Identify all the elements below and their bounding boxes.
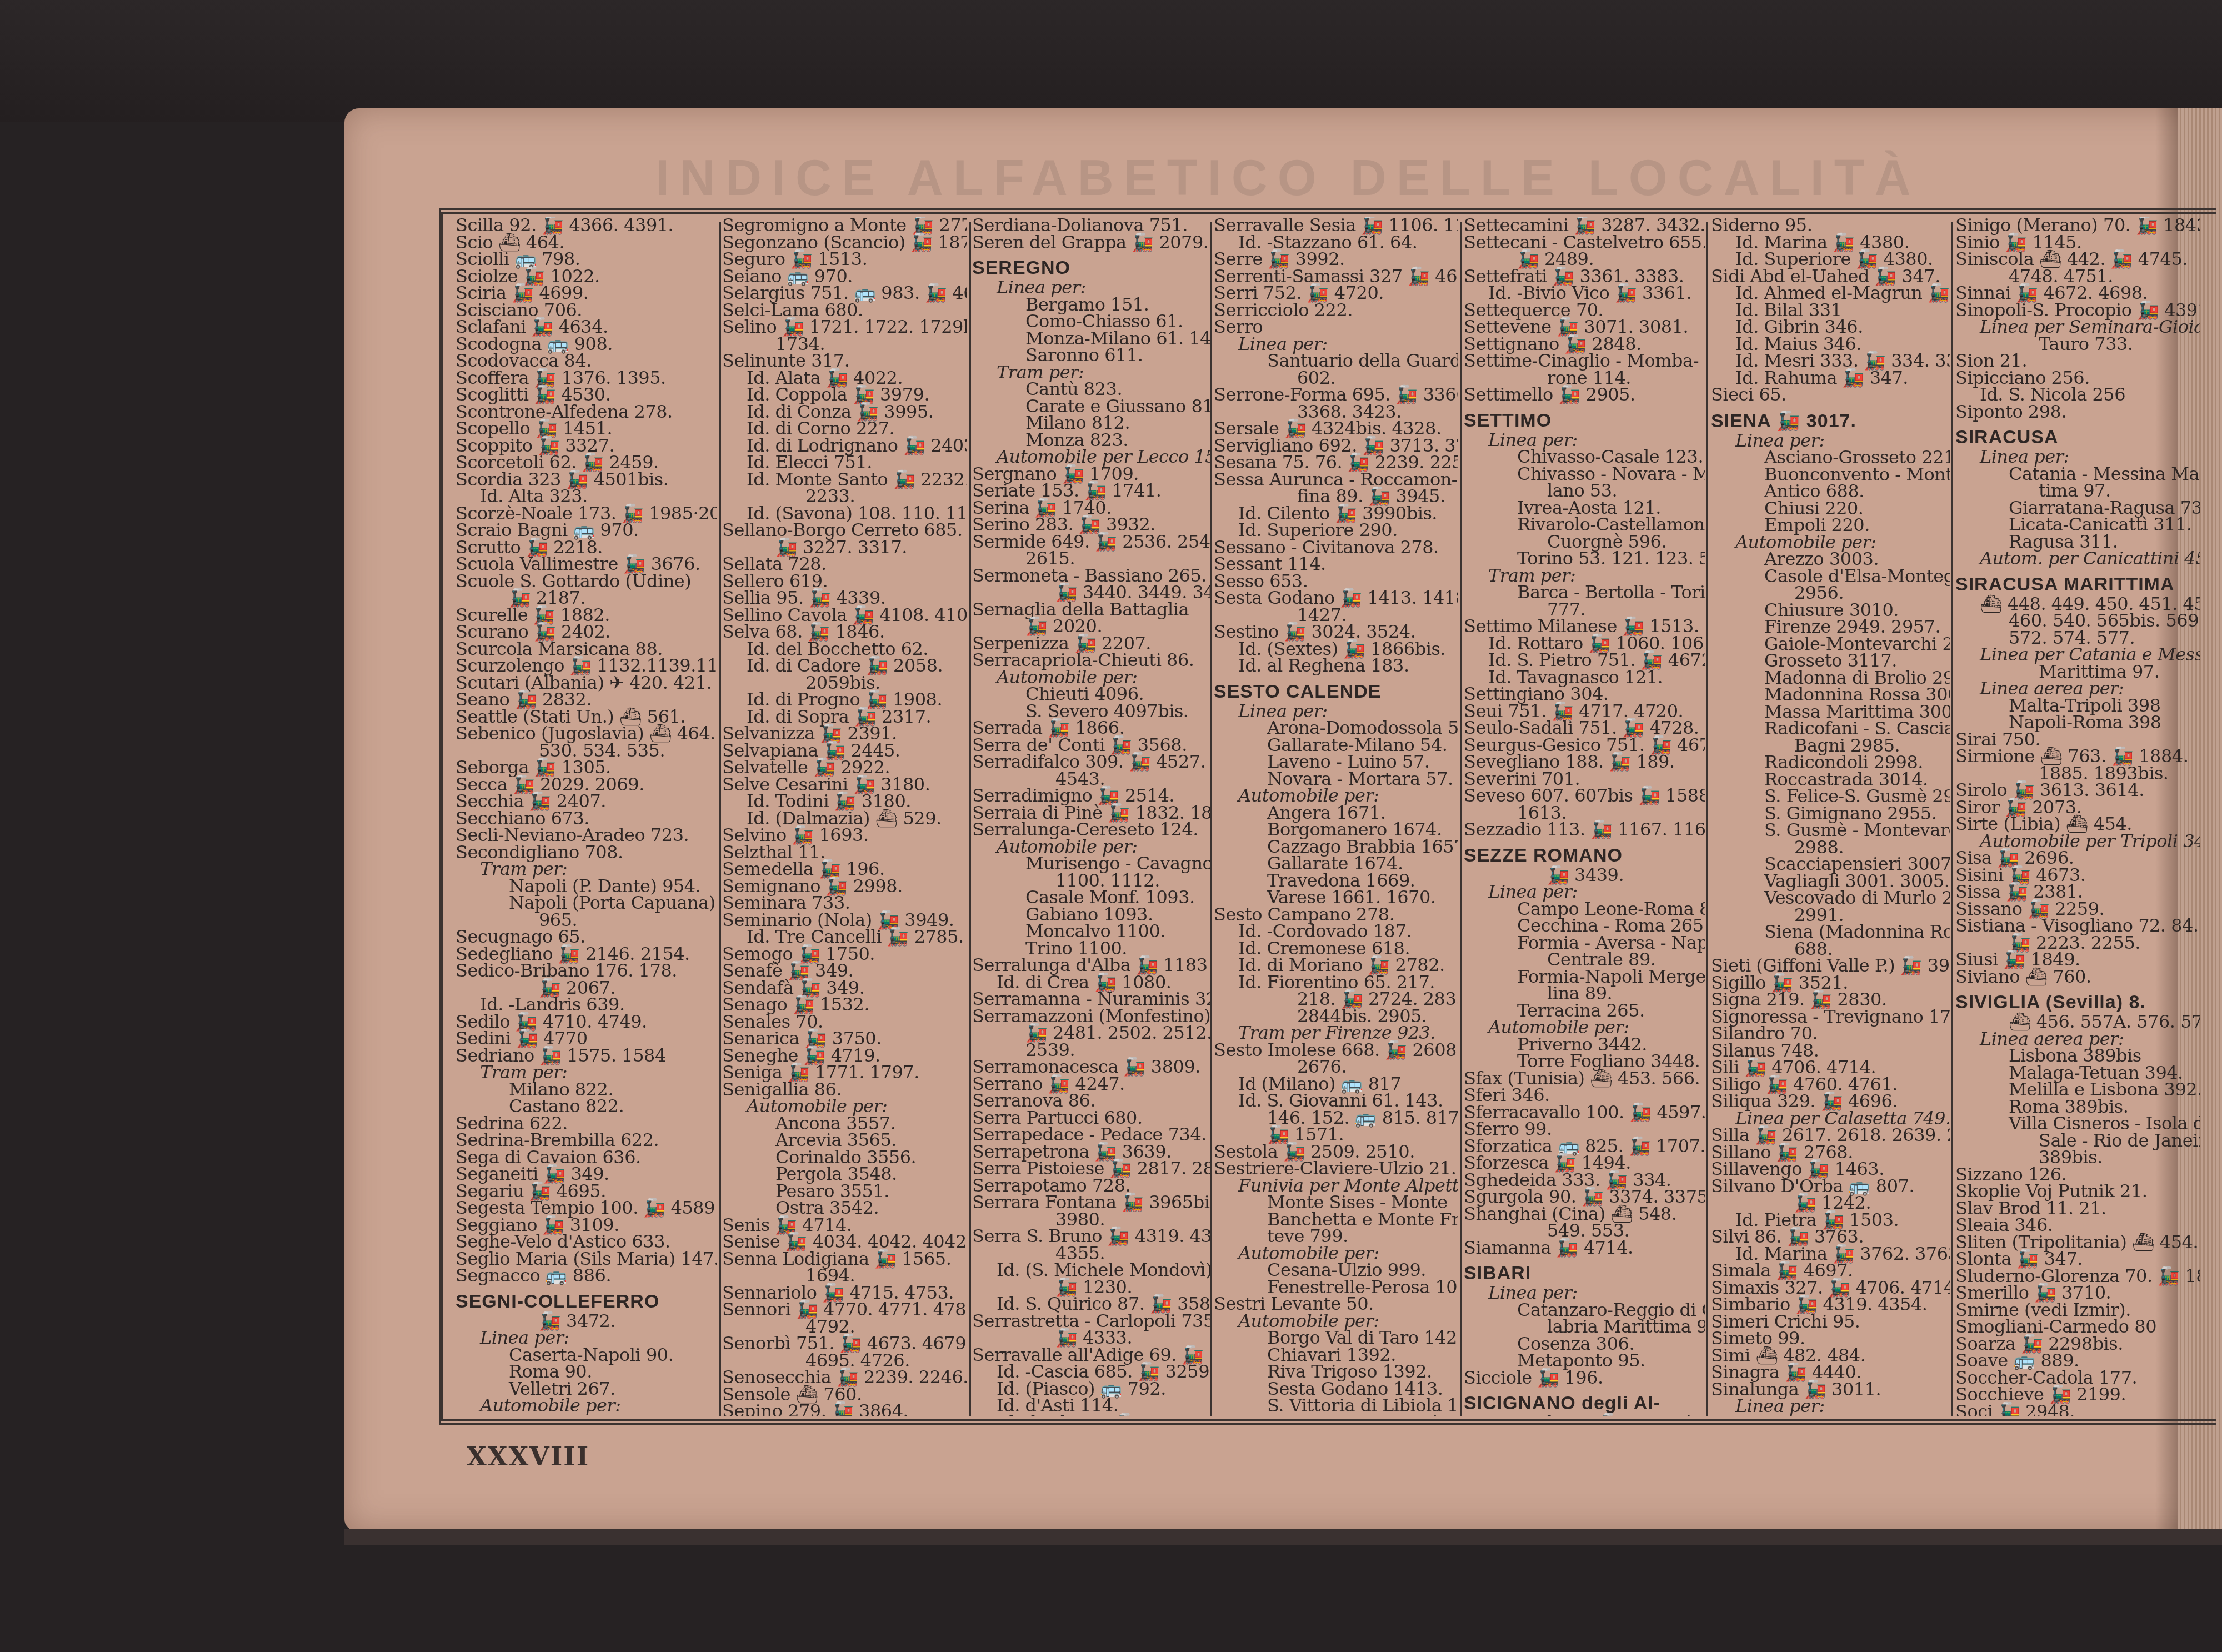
index-entry: Secchia 🚂 2407. bbox=[456, 793, 717, 810]
column-divider bbox=[969, 222, 971, 1416]
index-entry: 2676. bbox=[1214, 1058, 1458, 1075]
index-entry: Lisbona 389bis bbox=[1955, 1047, 2200, 1064]
index-entry: Asciano-Grosseto 221. bbox=[1711, 449, 1950, 466]
index-entry: Sicciole 🚂 196. bbox=[1464, 1369, 1705, 1386]
index-entry: Seghe-Velo d'Astico 633. bbox=[456, 1233, 717, 1250]
index-entry: Sili 🚂 4706. 4714. bbox=[1711, 1059, 1950, 1076]
index-entry: Sedrina-Brembilla 622. bbox=[456, 1132, 717, 1149]
index-entry: Sforzesca 🚂 1494. bbox=[1464, 1154, 1705, 1172]
index-entry: Siderno 95. bbox=[1711, 217, 1950, 234]
index-entry: Serra Pistoiese 🚂 2817. 2822. bbox=[972, 1160, 1211, 1177]
index-entry: Napoli-Roma 398 bbox=[1955, 714, 2200, 731]
index-entry: Seborga 🚂 1305. bbox=[456, 759, 717, 776]
index-entry: Simala 🚂 4697. bbox=[1711, 1262, 1950, 1279]
column-divider bbox=[1706, 222, 1708, 1416]
index-entry: Villa Cisneros - Isola del bbox=[1955, 1115, 2200, 1132]
index-entry: Sleaia 346. bbox=[1955, 1217, 2200, 1234]
index-column-3: Serdiana-Dolianova 751.Seren del Grappa … bbox=[972, 217, 1211, 1416]
index-entry: Serrone-Forma 695. 🚂 3366. bbox=[1214, 386, 1458, 403]
index-entry: Empoli 220. bbox=[1711, 517, 1950, 534]
index-entry: Soave 🚌 889. bbox=[1955, 1352, 2200, 1369]
index-entry: Linea per: bbox=[1955, 448, 2200, 465]
index-entry: 🚂 1242. bbox=[1711, 1194, 1950, 1212]
index-entry: Silandro 70. bbox=[1711, 1025, 1950, 1042]
index-entry: Id. Mesri 333. 🚂 334. 338. bbox=[1711, 352, 1950, 369]
index-entry: Id. d'Asti 114. bbox=[972, 1397, 1211, 1414]
index-entry: ⛴ 456. 557A. 576. 577. bbox=[1955, 1013, 2200, 1030]
index-entry: Sesta Godano 🚂 1413. 1418. bbox=[1214, 589, 1458, 607]
index-entry: Serro bbox=[1214, 318, 1458, 336]
index-entry: Id. di Progno 🚂 1908. bbox=[722, 691, 967, 708]
index-entry: 🚂 2020. bbox=[972, 618, 1211, 635]
index-entry: 🚂 2489. bbox=[1464, 251, 1705, 268]
index-entry: Linea per: bbox=[1464, 883, 1705, 900]
index-entry: Sciria 🚂 4699. bbox=[456, 284, 717, 302]
index-entry: Simeto 99. bbox=[1711, 1330, 1950, 1347]
index-entry: Linea per: bbox=[1711, 1398, 1950, 1415]
index-entry: Como-Chiasso 61. bbox=[972, 313, 1211, 330]
index-entry: Siniscola ⛴ 442. 🚂 4745. bbox=[1955, 251, 2200, 268]
index-entry: Sissa 🚂 2381. bbox=[1955, 883, 2200, 900]
index-entry: Seveso 607. 607bis 🚂 1588bis. bbox=[1464, 787, 1705, 804]
index-entry: Id. -Landris 639. bbox=[456, 996, 717, 1013]
index-entry: Siena (Madonnina Rossa) bbox=[1711, 923, 1950, 940]
index-entry: Id. Ahmed el-Magrun 🚂 345 bbox=[1711, 284, 1950, 302]
index-entry: Settime-Cinaglio - Momba- bbox=[1464, 352, 1705, 369]
index-entry: Sclafani 🚂 4634. bbox=[456, 318, 717, 336]
index-entry: Serra S. Bruno 🚂 4319. 4354. bbox=[972, 1228, 1211, 1245]
index-entry: Torino 53. 121. 123. 596. bbox=[1464, 550, 1705, 567]
index-entry: Seminara 733. bbox=[722, 894, 967, 912]
index-entry: Id. Superiore 🚂 4380. bbox=[1711, 251, 1950, 268]
index-entry: Sermide 649. 🚂 2536. 2544. bbox=[972, 533, 1211, 550]
index-entry: Id. S. Pietro 751. 🚂 4672. bbox=[1464, 652, 1705, 669]
index-entry: Sezzadio 113. 🚂 1167. 1167bis bbox=[1464, 821, 1705, 838]
index-entry: Serrada 🚂 1866. bbox=[972, 719, 1211, 737]
index-entry: Automobile per: bbox=[456, 1397, 717, 1414]
index-entry: teve 799. bbox=[1214, 1228, 1458, 1245]
index-entry: 2615. bbox=[972, 550, 1211, 567]
index-entry: labria Marittima 95. bbox=[1464, 1318, 1705, 1335]
index-entry: Settingiano 304. bbox=[1464, 685, 1705, 703]
index-entry: Scuola Vallimestre 🚂 3676. bbox=[456, 555, 717, 573]
index-entry: Scuole S. Gottardo (Udine) bbox=[456, 573, 717, 590]
section-heading: SIRACUSA MARITTIMA bbox=[1955, 574, 2200, 595]
index-entry: Seriate 153. 🚂 1741. bbox=[972, 482, 1211, 499]
index-entry: Id. -Bivio Vico 🚂 3361. bbox=[1464, 284, 1705, 302]
index-entry: Siusi 🚂 1849. bbox=[1955, 951, 2200, 968]
index-entry: S. Gusmè - Montevarchi bbox=[1711, 822, 1950, 839]
index-entry: Scopello 🚂 1451. bbox=[456, 420, 717, 437]
index-entry: Arcevia 3565. bbox=[722, 1132, 967, 1149]
index-entry: Serramanna - Nuraminis 327. bbox=[972, 990, 1211, 1008]
index-entry: Barca - Bertolla - Torino bbox=[1464, 584, 1705, 601]
index-entry: Sedico-Bribano 176. 178. bbox=[456, 962, 717, 979]
index-column-2: Segromigno a Monte 🚂 2779.Segonzano (Sca… bbox=[722, 217, 967, 1416]
index-entry: Scoglitti 🚂 4530. bbox=[456, 386, 717, 403]
index-column-5: Settecamini 🚂 3287. 3432.Settecani - Cas… bbox=[1464, 217, 1705, 1416]
section-heading: SEZZE ROMANO bbox=[1464, 845, 1705, 867]
index-entry: Seren del Grappa 🚂 2079. bbox=[972, 234, 1211, 251]
index-entry: Selvatelle 🚂 2922. bbox=[722, 759, 967, 776]
index-entry: Id. di Corno 227. bbox=[722, 420, 967, 437]
index-entry: Smogliani-Carmedo 80 bbox=[1955, 1318, 2200, 1335]
index-entry: Settimello 🚂 2905. bbox=[1464, 386, 1705, 403]
index-entry: 549. 553. bbox=[1464, 1222, 1705, 1239]
page-number: XXXVIII bbox=[467, 1441, 589, 1471]
index-entry: Sedini 🚂 4770 bbox=[456, 1030, 717, 1047]
index-entry: Pergola 3548. bbox=[722, 1165, 967, 1183]
index-entry: Simbario 🚂 4319. 4354. bbox=[1711, 1296, 1950, 1313]
index-entry: Settecamini 🚂 3287. 3432. bbox=[1464, 217, 1705, 234]
index-entry: 🚂 2481. 2502. 2512. 2520. bbox=[972, 1024, 1211, 1042]
index-entry: Selva 68. 🚂 1846. bbox=[722, 623, 967, 640]
index-entry: Cecchina - Roma 265. bbox=[1464, 917, 1705, 934]
index-entry: Sciolli 🚌 798. bbox=[456, 251, 717, 268]
index-entry: Castano 822. bbox=[456, 1098, 717, 1115]
index-entry: Firenze 2949. 2957. bbox=[1711, 618, 1950, 635]
index-column-7: Sinigo (Merano) 70. 🚂 1843.Sinio 🚂 1145.… bbox=[1955, 217, 2200, 1416]
index-entry: Sistiana - Visogliano 72. 84. bbox=[1955, 917, 2200, 934]
index-entry: Id. Gibrin 346. bbox=[1711, 318, 1950, 336]
index-entry: Scurano 🚂 2402. bbox=[456, 623, 717, 640]
index-entry: Selvanizza 🚂 2391. bbox=[722, 725, 967, 742]
index-entry: Ostra 3542. bbox=[722, 1199, 967, 1217]
index-entry: Id. di Chienti 🚂 3202. bbox=[972, 1414, 1211, 1417]
index-entry: Tram per: bbox=[456, 1064, 717, 1081]
index-entry: Sellano-Borgo Cerreto 685. bbox=[722, 522, 967, 539]
index-entry: Borgomanero 1674. bbox=[1214, 821, 1458, 838]
index-entry: Id. (S. Michele Mondovì) bbox=[972, 1261, 1211, 1279]
section-heading: SIENA 🚂 3017. bbox=[1711, 410, 1950, 432]
index-entry: Smerillo 🚂 3710. bbox=[1955, 1284, 2200, 1301]
index-entry: Vescovado di Murlo 2990 bbox=[1711, 889, 1950, 907]
column-divider bbox=[1951, 222, 1953, 1416]
index-entry: 🚂 3440. 3449. 3477. bbox=[972, 584, 1211, 601]
index-entry: Serramonacesca 🚂 3809. bbox=[972, 1058, 1211, 1075]
index-entry: Automobile per: bbox=[722, 1098, 967, 1115]
index-entry: Id. al Reghena 183. bbox=[1214, 657, 1458, 674]
index-entry: Laveno - Luino 57. bbox=[1214, 753, 1458, 770]
index-entry: Serralunga d'Alba 🚂 1183 bbox=[972, 957, 1211, 974]
index-entry: Sirmione ⛴ 763. 🚂 1884. bbox=[1955, 748, 2200, 765]
index-entry: lano 53. bbox=[1464, 482, 1705, 499]
index-entry: Chieuti 4096. bbox=[972, 685, 1211, 703]
index-entry: Serradimigno 🚂 2514. bbox=[972, 787, 1211, 804]
index-entry: Id. -Cordovado 187. bbox=[1214, 923, 1458, 940]
index-entry: Sinnai 🚂 4672. 4698. bbox=[1955, 284, 2200, 302]
index-entry: Sellia 95. 🚂 4339. bbox=[722, 589, 967, 607]
column-divider bbox=[1210, 222, 1212, 1416]
index-entry: Roma 90. bbox=[456, 1363, 717, 1380]
index-entry: Scorcetoli 62. 🚂 2459. bbox=[456, 454, 717, 471]
index-entry: Id. S. Quirico 87. 🚂 3585. bbox=[972, 1295, 1211, 1313]
section-heading: SIVIGLIA (Sevilla) 8. bbox=[1955, 992, 2200, 1013]
index-entry: tima 97. bbox=[1955, 482, 2200, 499]
index-entry: Borgo Val di Taro 1428. bbox=[1214, 1329, 1458, 1346]
section-heading: SEGNI-COLLEFERRO bbox=[456, 1291, 717, 1313]
section-heading: SICIGNANO degli Al- bbox=[1464, 1393, 1705, 1414]
index-entry: Linea aerea per: bbox=[1955, 680, 2200, 697]
index-entry: Skoplie Voj Putnik 21. bbox=[1955, 1183, 2200, 1200]
column-divider bbox=[1460, 222, 1462, 1416]
index-column-1: Scilla 92. 🚂 4366. 4391.Scio ⛴ 464.Sciol… bbox=[456, 217, 717, 1416]
index-entry: Serre 🚂 3992. bbox=[1214, 251, 1458, 268]
index-entry: Siviano ⛴ 760. bbox=[1955, 968, 2200, 985]
index-entry: Segromigno a Monte 🚂 2779. bbox=[722, 217, 967, 234]
index-entry: Senosecchia 🚂 2239. 2246. bbox=[722, 1369, 967, 1386]
index-entry: Sferi 346. bbox=[1464, 1087, 1705, 1104]
index-entry: Senago 🚂 1532. bbox=[722, 996, 967, 1013]
index-entry: Serracapriola-Chieuti 86. bbox=[972, 652, 1211, 669]
index-entry: 2233. bbox=[722, 488, 967, 505]
index-entry: Settevene 🚂 3071. 3081. bbox=[1464, 318, 1705, 336]
index-entry: Arezzo 3003. bbox=[1711, 550, 1950, 568]
index-entry: Sellata 728. bbox=[722, 555, 967, 573]
index-entry: Scurzolengo 🚂 1132.1139.1159. bbox=[456, 657, 717, 674]
index-entry: Murisengo - Cavagnolo bbox=[972, 855, 1211, 872]
index-entry: Id. S. Giovanni 61. 143. bbox=[1214, 1092, 1458, 1109]
index-entry: Signa 219. 🚂 2830. bbox=[1711, 991, 1950, 1008]
index-entry: Id. di Moriano 🚂 2782. bbox=[1214, 957, 1458, 974]
index-entry: lina 89. bbox=[1464, 985, 1705, 1002]
index-entry: Sevegliano 188. 🚂 189. bbox=[1464, 753, 1705, 770]
index-entry: Gallarate 1674. bbox=[1214, 855, 1458, 872]
index-entry: Radicofani - S. Casciano bbox=[1711, 720, 1950, 737]
index-entry: Secli-Neviano-Aradeo 723. bbox=[456, 827, 717, 844]
index-entry: Senorbì 751. 🚂 4673. 4679. bbox=[722, 1335, 967, 1352]
index-entry: Linea per Catania e Messina bbox=[1955, 646, 2200, 663]
index-entry: Secugnago 65. bbox=[456, 928, 717, 945]
index-entry: Serdiana-Dolianova 751. bbox=[972, 217, 1211, 234]
index-entry: Sillavengo 🚂 1463. bbox=[1711, 1160, 1950, 1178]
index-entry: Siliqua 329. 🚂 4696. bbox=[1711, 1093, 1950, 1110]
index-entry: Cesana-Ulzio 999. bbox=[1214, 1261, 1458, 1279]
index-entry: Siamanna 🚂 4714. bbox=[1464, 1239, 1705, 1256]
index-entry: Radicondoli 2998. bbox=[1711, 754, 1950, 771]
index-entry: Casale Monf. 1093. bbox=[972, 889, 1211, 906]
index-entry: Sesana 75. 76. 🚂 2239. 2257. bbox=[1214, 454, 1458, 471]
index-entry: Moncalvo 1100. bbox=[972, 923, 1211, 940]
index-entry: Sennori 🚂 4770. 4771. 4783 bbox=[722, 1301, 967, 1318]
index-entry: 🚂 4333. bbox=[972, 1329, 1211, 1346]
index-entry: Automobile per: bbox=[1464, 1019, 1705, 1036]
index-entry: Autom. per Canicattini 4535. bbox=[1955, 550, 2200, 567]
index-entry: Segnacco 🚌 886. bbox=[456, 1267, 717, 1284]
index-entry: Scodovacca 84. bbox=[456, 352, 717, 369]
index-entry: Id. Tre Cancelli 🚂 2785. bbox=[722, 928, 967, 945]
index-entry: Monte Sises - Monte bbox=[1214, 1194, 1458, 1211]
index-entry: Madonnina Rossa 3002. bbox=[1711, 686, 1950, 703]
index-entry: Senise 🚂 4034. 4042. 4042bis bbox=[722, 1233, 967, 1250]
index-entry: Id. Alta 323. bbox=[456, 488, 717, 505]
index-entry: Serravalle Sesia 🚂 1106. 1107 bbox=[1214, 217, 1458, 234]
section-heading: SESTO CALENDE bbox=[1214, 681, 1458, 703]
index-entry: Sestino 🚂 3024. 3524. bbox=[1214, 623, 1458, 640]
index-entry: Chivasso-Casale 123. bbox=[1464, 448, 1705, 465]
index-entry: Selargius 751. 🚌 983. 🚂 4672 bbox=[722, 284, 967, 302]
index-entry: Seguro 🚂 1513. bbox=[722, 251, 967, 268]
section-heading: SIBARI bbox=[1464, 1263, 1705, 1284]
index-entry: Silvi 86. 🚂 3763. bbox=[1711, 1228, 1950, 1245]
index-entry: Scilla 92. 🚂 4366. 4391. bbox=[456, 217, 717, 234]
section-heading: SIRACUSA bbox=[1955, 427, 2200, 448]
index-entry: Scacciapensieri 3007. bbox=[1711, 855, 1950, 873]
index-entry: Slonta 🚂 347. bbox=[1955, 1250, 2200, 1268]
index-entry: Serrara Fontana 🚂 3965bis. bbox=[972, 1194, 1211, 1211]
section-heading: SETTIMO bbox=[1464, 410, 1705, 432]
index-entry: Seganeiti 🚂 349. bbox=[456, 1165, 717, 1183]
index-entry: Centrale 89. bbox=[1464, 951, 1705, 968]
index-entry: Sirolo 🚂 3613. 3614. bbox=[1955, 782, 2200, 799]
index-entry: Sieci 65. bbox=[1711, 386, 1950, 403]
index-entry: Grosseto 3117. bbox=[1711, 652, 1950, 669]
index-entry: Scraio Bagni 🚌 970. bbox=[456, 522, 717, 539]
index-entry: Sinagra 🚂 4440. bbox=[1711, 1364, 1950, 1381]
index-entry: Sgurgola 90. 🚂 3374. 3375. bbox=[1464, 1188, 1705, 1205]
index-entry: Sferro 99. bbox=[1464, 1120, 1705, 1138]
index-entry: Antico 688. bbox=[1711, 483, 1950, 500]
index-entry: Siponto 298. bbox=[1955, 403, 2200, 420]
index-entry: Seniga 🚂 1771. 1797. bbox=[722, 1064, 967, 1081]
index-entry: Serri 752. 🚂 4720. bbox=[1214, 284, 1458, 302]
column-divider bbox=[719, 222, 721, 1416]
index-entry: S. Felice-S. Gusmè 2987. bbox=[1711, 788, 1950, 805]
index-entry: Santuario della Guardia bbox=[1214, 352, 1458, 369]
index-entry: 460. 540. 565bis. 569. bbox=[1955, 612, 2200, 629]
index-entry: 🚂 1571. bbox=[1214, 1126, 1458, 1143]
index-entry: Napoli (Porta Capuana) bbox=[456, 894, 717, 912]
index-entry: Varese 1661. 1670. bbox=[1214, 889, 1458, 906]
page-bottom-edge bbox=[344, 1529, 2222, 1545]
index-entry: Id. di Cadore 🚂 2058. bbox=[722, 657, 967, 674]
index-entry: Torre Fogliano 3448. bbox=[1464, 1053, 1705, 1070]
desk-background bbox=[0, 0, 2222, 122]
index-entry: Sestri Ponente Genova 61. bbox=[1214, 1414, 1458, 1417]
index-entry: burni 🚂 3986. 4000. bbox=[1464, 1414, 1705, 1416]
bleed-through-header: INDICE ALFABETICO DELLE LOCALITÀ bbox=[655, 150, 1921, 207]
index-entry: fina 89. 🚂 3945. bbox=[1214, 488, 1458, 505]
index-entry: Sirte (Libia) ⛴ 454. bbox=[1955, 815, 2200, 833]
index-entry: Sersale 🚂 4324bis. 4328. bbox=[1214, 420, 1458, 437]
index-entry: Sepino 279. 🚂 3864. bbox=[722, 1403, 967, 1416]
index-entry: 218. 🚂 2724. 2835. bbox=[1214, 990, 1458, 1008]
index-entry: Sestriere-Claviere-Ulzio 21. 50. bbox=[1214, 1160, 1458, 1177]
index-entry: Sestri Levante 50. bbox=[1214, 1295, 1458, 1313]
index-entry: Seano 🚂 2832. bbox=[456, 691, 717, 708]
index-entry: Soci 🚂 2948. bbox=[1955, 1403, 2200, 1417]
index-entry: Saronno 611. bbox=[972, 347, 1211, 364]
index-entry: Id. Elecci 751. bbox=[722, 454, 967, 471]
index-entry: Segesta Tempio 100. 🚂 4589. bbox=[456, 1199, 717, 1217]
index-entry: Sebenico (Jugoslavia) ⛴ 464. bbox=[456, 725, 717, 742]
index-entry: Tram per Firenze 923. bbox=[1214, 1024, 1458, 1042]
index-entry: Sieti (Giffoni Valle P.) 🚂 3975. bbox=[1711, 957, 1950, 974]
index-entry: Id. S. Nicola 256 bbox=[1955, 386, 2200, 403]
index-entry: Milano 812. bbox=[972, 414, 1211, 432]
index-entry: Sinigo (Merano) 70. 🚂 1843. bbox=[1955, 217, 2200, 234]
index-entry: 389bis. bbox=[1955, 1149, 2200, 1166]
index-entry: Semedella 🚂 196. bbox=[722, 860, 967, 878]
section-heading: SEREGNO bbox=[972, 257, 1211, 279]
index-entry: Linea per: bbox=[972, 279, 1211, 296]
index-entry: Automobile per Lecco 1581. bbox=[972, 448, 1211, 465]
index-entry: Serralunga-Cereseto 124. bbox=[972, 821, 1211, 838]
index-entry: 2956. bbox=[1711, 584, 1950, 602]
index-entry: Serrapedace - Pedace 734. bbox=[972, 1126, 1211, 1143]
index-entry: Serino 283. 🚂 3932. bbox=[972, 516, 1211, 533]
index-entry: Id. Superiore 290. bbox=[1214, 522, 1458, 539]
index-entry: Tram per: bbox=[456, 860, 717, 878]
index-entry: Sion 21. bbox=[1955, 352, 2200, 369]
index-entry: Selvino 🚂 1693. bbox=[722, 827, 967, 844]
index-entry: Linea per Seminara-Gioia bbox=[1955, 318, 2200, 336]
index-column-4: Serravalle Sesia 🚂 1106. 1107Id. -Stazza… bbox=[1214, 217, 1458, 1416]
index-entry: Linea per: bbox=[1464, 1284, 1705, 1301]
index-entry: Id. Todini 🚂 3180. bbox=[722, 793, 967, 810]
index-entry: 🚂 2187. bbox=[456, 589, 717, 607]
index-column-6: Siderno 95.Id. Marina 🚂 4380.Id. Superio… bbox=[1711, 217, 1950, 1416]
index-entry: Serranova 86. bbox=[972, 1092, 1211, 1109]
index-entry: Senafè 🚂 349. bbox=[722, 962, 967, 979]
index-entry: Rivarolo-Castellamonte - bbox=[1464, 516, 1705, 533]
index-entry: Socchieve 🚂 2199. bbox=[1955, 1386, 2200, 1403]
index-entry: Settimo Milanese 🚂 1513. bbox=[1464, 618, 1705, 635]
index-entry: Automobile per: bbox=[1214, 787, 1458, 804]
index-entry: Sessant 114. bbox=[1214, 555, 1458, 573]
index-entry: Silla 🚂 2617. 2618. 2639. 2645. bbox=[1711, 1127, 1950, 1144]
index-entry: Metaponto 95. bbox=[1464, 1352, 1705, 1369]
index-entry: Sisa 🚂 2696. bbox=[1955, 849, 2200, 867]
index-entry: Cantù 823. bbox=[972, 381, 1211, 398]
index-entry: Serradifalco 309. 🚂 4527. 4541. bbox=[972, 753, 1211, 770]
index-entry: Licata-Canicattì 311. bbox=[1955, 516, 2200, 533]
index-entry: Id. Coppola 🚂 3979. bbox=[722, 386, 967, 403]
index-entry: Melilla e Lisbona 392. bbox=[1955, 1081, 2200, 1098]
index-entry: Seulo-Sadali 751. 🚂 4728. bbox=[1464, 719, 1705, 737]
index-entry: 1694. bbox=[722, 1267, 967, 1284]
index-entry: Riva Trigoso 1392. bbox=[1214, 1363, 1458, 1380]
index-entry: Arona-Domodossola 54. bbox=[1214, 719, 1458, 737]
index-entry: Selinunte 317. bbox=[722, 352, 967, 369]
index-entry: Linea per: bbox=[456, 1329, 717, 1346]
index-entry: S. Vittoria di Libiola 1414. bbox=[1214, 1397, 1458, 1414]
index-entry: Id. -Cascia 685. 🚂 3259. bbox=[972, 1363, 1211, 1380]
index-entry: Senarica 🚂 3750. bbox=[722, 1030, 967, 1047]
index-entry: Selino 🚂 1721. 1722. 1729bis bbox=[722, 318, 967, 336]
